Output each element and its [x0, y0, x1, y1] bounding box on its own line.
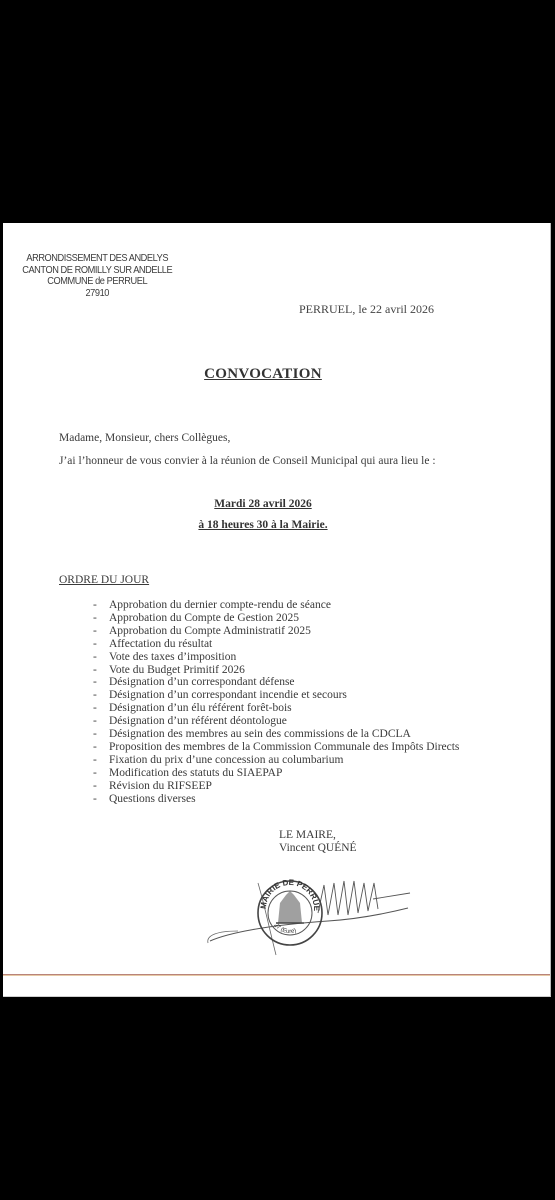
- agenda-heading: ORDRE DU JOUR: [59, 574, 149, 586]
- header-line-commune: COMMUNE de PERRUEL: [11, 276, 183, 288]
- mairie-stamp-signature-icon: MAIRIE DE PERRUEL 27 (Eure): [198, 863, 418, 958]
- agenda-item: Affectation du résultat: [89, 638, 459, 651]
- agenda-item: Désignation d’un référent déontologue: [89, 715, 459, 728]
- header-line-arrondissement: ARRONDISSEMENT DES ANDELYS: [11, 253, 183, 265]
- mayor-role: LE MAIRE,: [279, 829, 357, 842]
- agenda-item: Fixation du prix d’une concession au col…: [89, 754, 459, 767]
- agenda-item: Vote des taxes d’imposition: [89, 651, 459, 664]
- commune-header: ARRONDISSEMENT DES ANDELYS CANTON DE ROM…: [11, 253, 183, 299]
- header-line-postcode: 27910: [11, 288, 183, 300]
- convocation-document: ARRONDISSEMENT DES ANDELYS CANTON DE ROM…: [3, 223, 551, 997]
- agenda-item: Approbation du Compte de Gestion 2025: [89, 612, 459, 625]
- agenda-item: Proposition des membres de la Commission…: [89, 741, 459, 754]
- agenda-item: Approbation du Compte Administratif 2025: [89, 625, 459, 638]
- signature-block: LE MAIRE, Vincent QUÉNÉ: [279, 829, 357, 855]
- agenda-item: Approbation du dernier compte-rendu de s…: [89, 599, 459, 612]
- salutation: Madame, Monsieur, chers Collègues,: [59, 432, 230, 444]
- meeting-date: Mardi 28 avril 2026: [3, 498, 523, 510]
- agenda-item: Révision du RIFSEEP: [89, 780, 459, 793]
- agenda-item: Désignation d’un élu référent forêt-bois: [89, 702, 459, 715]
- agenda-item: Désignation d’un correspondant incendie …: [89, 689, 459, 702]
- place-date: PERRUEL, le 22 avril 2026: [299, 302, 434, 317]
- intro-paragraph: J’ai l’honneur de vous convier à la réun…: [59, 455, 436, 467]
- meeting-time-place: à 18 heures 30 à la Mairie.: [3, 519, 523, 531]
- agenda-item: Modification des statuts du SIAEPAP: [89, 767, 459, 780]
- agenda-list: Approbation du dernier compte-rendu de s…: [89, 599, 459, 806]
- mayor-name: Vincent QUÉNÉ: [279, 842, 357, 855]
- footer-divider: [3, 974, 550, 976]
- agenda-item: Désignation des membres au sein des comm…: [89, 728, 459, 741]
- document-title: CONVOCATION: [3, 366, 523, 383]
- agenda-item: Désignation d’un correspondant défense: [89, 676, 459, 689]
- agenda-item: Questions diverses: [89, 793, 459, 806]
- agenda-item: Vote du Budget Primitif 2026: [89, 664, 459, 677]
